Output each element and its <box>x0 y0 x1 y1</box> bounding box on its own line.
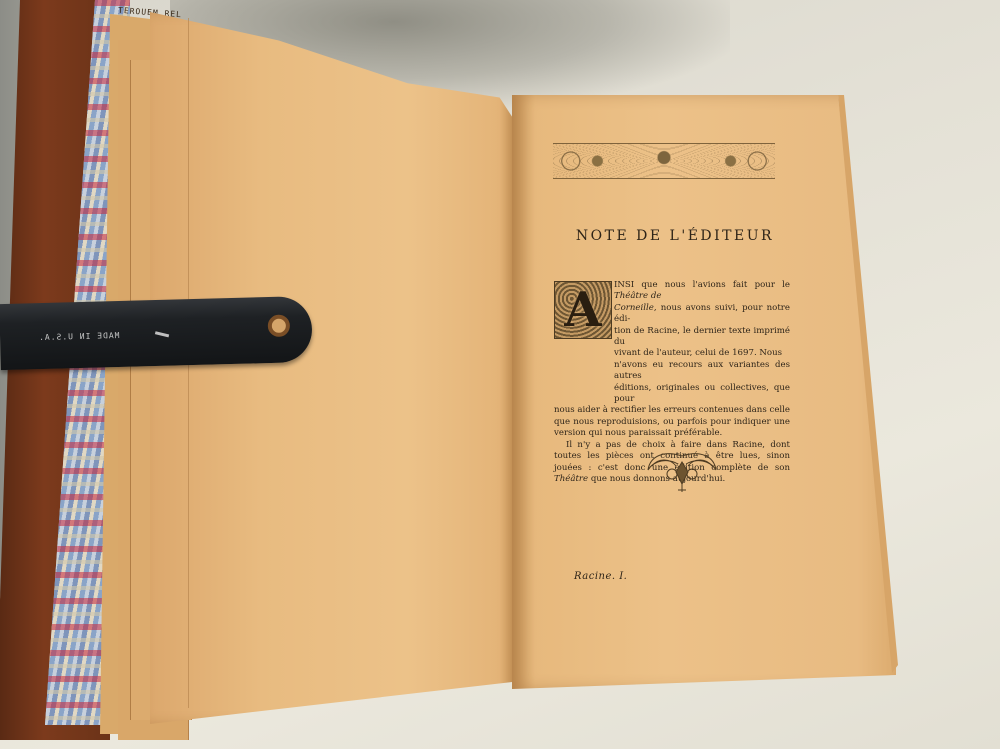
text-line: vivant de l'auteur, celui de 1697. Nous <box>554 348 790 359</box>
ruler-hole <box>268 314 291 337</box>
text-line: éditions, originales ou collectives, que… <box>554 383 790 406</box>
ruler-scratch <box>155 331 169 337</box>
paragraph-continuation: nous aider à rectifier les erreurs conte… <box>554 405 790 439</box>
left-page[interactable] <box>150 12 518 724</box>
text-line: Corneille, nous avons suivi, pour notre … <box>554 303 790 326</box>
text-line: n'avons eu recours aux variantes des aut… <box>554 360 790 383</box>
signature-mark: Racine. I. <box>574 571 627 582</box>
metal-ruler[interactable]: MADE IN U.S.A. <box>0 296 313 370</box>
tailpiece-ornament-icon <box>644 448 720 494</box>
page-title: NOTE DE L'ÉDITEUR <box>512 228 838 244</box>
ruler-inscription: MADE IN U.S.A. <box>38 331 120 342</box>
text-line: tion de Racine, le dernier texte imprimé… <box>554 326 790 349</box>
headpiece-ornament-icon <box>553 143 775 179</box>
text-line: INSI que nous l'avions fait pour le Théâ… <box>554 280 790 303</box>
